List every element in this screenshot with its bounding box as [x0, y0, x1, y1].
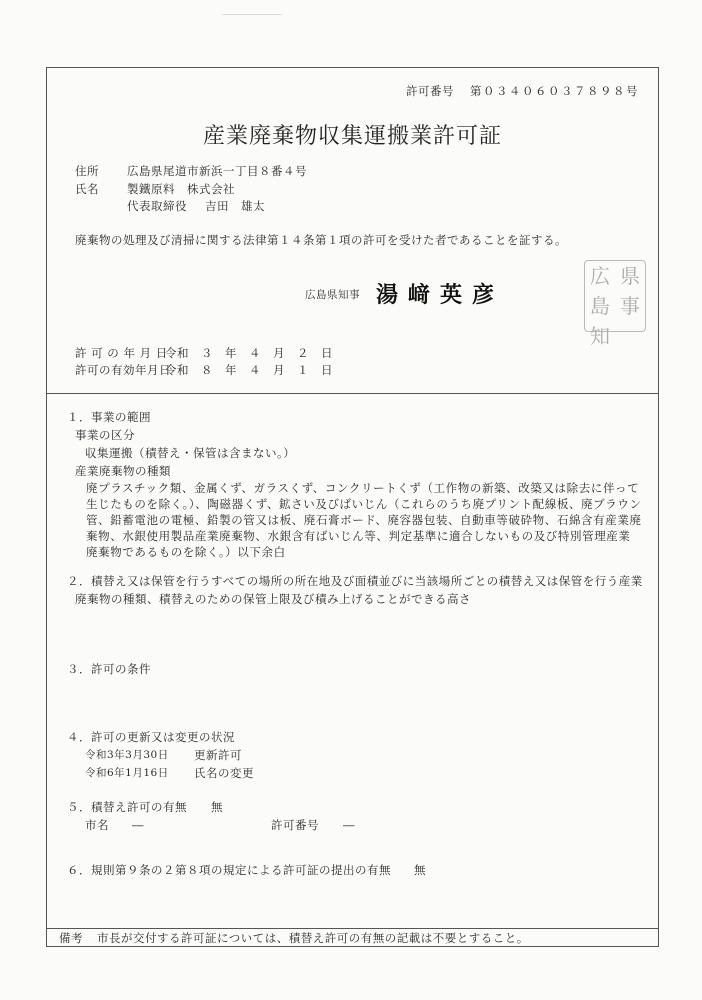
document-title: 産業廃棄物収集運搬業許可証	[47, 119, 658, 150]
section-1-heading: １．事業の範囲	[67, 409, 151, 425]
seal-char: 県	[615, 261, 645, 291]
name-label: 氏名	[75, 181, 99, 197]
business-type-value: 収集運搬（積替え・保管は含まない。）	[85, 445, 295, 461]
section-3-heading: ３．許可の条件	[67, 661, 151, 677]
city-label: 市名	[85, 817, 109, 833]
remarks-divider	[47, 928, 658, 929]
city-value: ―	[132, 817, 144, 833]
section-2-heading-line1: ２．積替え又は保管を行うすべての場所の所在地及び面積並びに当該場所ごとの積替え又…	[67, 573, 643, 589]
official-seal: 広 県 島 事 知	[584, 260, 646, 332]
company-name: 製鐵原料 株式会社	[127, 181, 235, 197]
seal-char: 島	[585, 291, 615, 321]
valid-until-value: 令和 ８ 年 ４ 月 １ 日	[165, 362, 333, 378]
issuer-title: 広島県知事	[305, 287, 360, 303]
business-type-label: 事業の区分	[75, 427, 135, 443]
representative-name: 吉田 雄太	[205, 198, 265, 214]
remarks-label: 備考	[59, 930, 83, 946]
seal-char: 広	[585, 261, 615, 291]
change-entry-date: 令和6年1月16日	[85, 765, 169, 781]
representative-title: 代表取締役	[127, 198, 187, 214]
section-6-value: 無	[414, 862, 426, 878]
seal-char: 事	[615, 291, 645, 321]
waste-type-label: 産業廃棄物の種類	[75, 463, 171, 479]
remarks-text: 市長が交付する許可証については、積替え許可の有無の記載は不要とすること。	[97, 930, 529, 946]
section-4-heading: ４．許可の更新又は変更の状況	[67, 729, 235, 745]
transfer-permit-number-label: 許可番号	[271, 817, 319, 833]
change-entry-description: 氏名の変更	[194, 765, 254, 781]
transfer-permit-number-value: ―	[343, 817, 355, 833]
section-5-heading: ５．積替え許可の有無	[67, 799, 187, 815]
permit-number-value: 第０３４０６０３７８９８号	[470, 83, 639, 99]
permit-number-label: 許可番号	[406, 83, 454, 99]
section-2-heading-line2: 廃棄物の種類、積替えのための保管上限及び積み上げることができる高さ	[75, 591, 471, 607]
governor-name: 湯﨑英彦	[376, 278, 504, 309]
transfer-permit-value: 無	[211, 799, 223, 815]
seal-char: 知	[585, 321, 615, 351]
section-6-heading: ６．規則第９条の２第８項の規定による許可証の提出の有無	[67, 862, 391, 878]
permit-date-value: 令和 ３ 年 ４ 月 ２ 日	[165, 345, 333, 361]
change-entry-description: 更新許可	[194, 747, 242, 763]
address-label: 住所	[75, 163, 99, 179]
section-divider	[47, 393, 658, 394]
valid-until-label: 許可の有効年月日	[75, 362, 171, 378]
certificate-frame: 許可番号 第０３４０６０３７８９８号 産業廃棄物収集運搬業許可証 住所 広島県尾…	[46, 67, 659, 947]
permit-date-label: 許 可 の 年 月 日	[75, 345, 168, 361]
certification-statement: 廃棄物の処理及び清掃に関する法律第１４条第１項の許可を受けた者であることを証する…	[75, 232, 567, 248]
change-entry-date: 令和3年3月30日	[85, 747, 169, 763]
scan-artifact	[222, 14, 282, 15]
waste-type-value: 廃プラスチック類、金属くず、ガラスくず、コンクリートくず（工作物の新築、改築又は…	[86, 480, 642, 560]
address-value: 広島県尾道市新浜一丁目８番４号	[127, 163, 307, 179]
